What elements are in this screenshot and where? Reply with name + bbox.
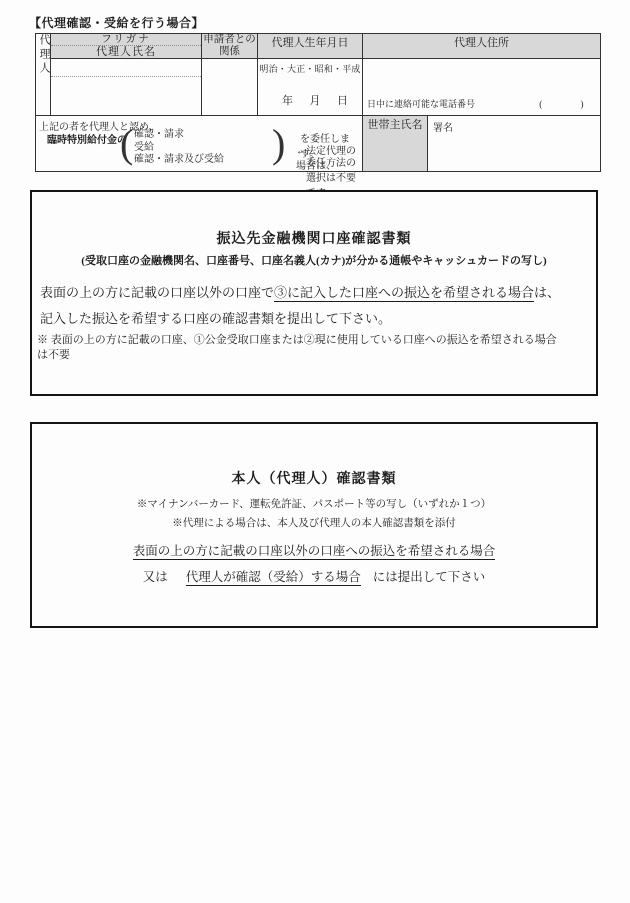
box2-condition2: 又は代理人が確認（受給）する場合には提出して下さい xyxy=(32,567,596,585)
box2-condition2-underline: 代理人が確認（受給）する場合 xyxy=(186,570,361,586)
delegation-option-1: 確認・請求 xyxy=(134,129,224,142)
box1-body-line1-post: は、 xyxy=(534,285,560,300)
box1-note-line2: は不要 xyxy=(37,348,591,363)
phone-row: 日中に連絡可能な電話番号 ( ) xyxy=(367,97,584,110)
month-label: 月 xyxy=(310,92,321,108)
delegation-options: 確認・請求 受給 確認・請求及び受給 xyxy=(134,129,224,167)
box1-body-line1: 表面の上の方に記載の口座以外の口座で③に記入した口座への振込を希望される場合は、 xyxy=(40,280,590,306)
era-options: 明治・大正・昭和・平成 xyxy=(258,62,362,75)
section-title: 【代理確認・受給を行う場合】 xyxy=(29,14,204,31)
box2-condition1: 表面の上の方に記載の口座以外の口座への振込を希望される場合 xyxy=(32,541,596,559)
identity-document-box: 本人（代理人）確認書類 ※マイナンバーカード、運転免許証、パスポート等の写し（い… xyxy=(30,422,598,628)
name-header-cell: フリガナ 代理人氏名 xyxy=(51,34,202,59)
address-header-cell: 代理人住所 xyxy=(363,34,601,59)
relation-header-line1: 申請者との xyxy=(202,34,257,46)
box1-body-line1-pre: 表面の上の方に記載の口座以外の口座で xyxy=(40,285,274,300)
box2-condition2-prefix: 又は xyxy=(143,570,168,584)
name-entry-area xyxy=(51,77,201,111)
delegation-option-3: 確認・請求及び受給 xyxy=(134,154,224,167)
year-month-day: 年 月 日 xyxy=(258,92,362,108)
agent-info-table: 代理人 フリガナ 代理人氏名 申請者との 関係 代理人生年月日 代理人住所 明治… xyxy=(35,33,601,172)
agent-row-label: 代理人 xyxy=(36,34,52,76)
box1-body: 表面の上の方に記載の口座以外の口座で③に記入した口座への振込を希望される場合は、… xyxy=(40,280,590,332)
furigana-entry-area xyxy=(51,59,201,77)
phone-paren-close: ) xyxy=(581,99,584,109)
signature-label: 署名 xyxy=(433,119,600,134)
box2-condition1-text: 表面の上の方に記載の口座以外の口座への振込を希望される場合 xyxy=(133,544,496,560)
name-entry-cell xyxy=(51,59,202,116)
phone-paren-open: ( xyxy=(539,99,542,109)
box1-body-line2: 記入した振込を希望する口座の確認書類を提出して下さい。 xyxy=(40,306,590,332)
birthdate-entry-cell: 明治・大正・昭和・平成 年 月 日 xyxy=(258,59,363,116)
box1-subtitle: (受取口座の金融機関名、口座番号、口座名義人(カナ)が分かる通帳やキャッシュカー… xyxy=(32,252,596,268)
birthdate-header-cell: 代理人生年月日 xyxy=(258,34,363,59)
householder-label-cell: 世帯主氏名 xyxy=(363,116,428,172)
box1-title: 振込先金融機関口座確認書類 xyxy=(32,228,596,248)
box1-note-line1: ※ 表面の上の方に記載の口座、①公金受取口座または②現に使用している口座への振込… xyxy=(37,333,591,348)
relation-header-line2: 関係 xyxy=(202,46,257,58)
delegation-subject: 臨時特別給付金の xyxy=(47,131,127,146)
phone-label: 日中に連絡可能な電話番号 xyxy=(367,99,475,109)
day-label: 日 xyxy=(337,92,348,108)
box1-note: ※ 表面の上の方に記載の口座、①公金受取口座または②現に使用している口座への振込… xyxy=(37,333,591,363)
address-entry-cell: 日中に連絡可能な電話番号 ( ) xyxy=(363,59,601,116)
box2-condition2-suffix: には提出して下さい xyxy=(373,570,486,584)
agent-name-header: 代理人氏名 xyxy=(51,46,201,58)
furigana-header: フリガナ xyxy=(51,34,201,46)
signature-cell: 署名 xyxy=(428,116,601,172)
bracket-open: ( xyxy=(120,125,133,163)
document-page: 【代理確認・受給を行う場合】 代理人 フリガナ 代理人氏名 申請者との 関係 代… xyxy=(0,0,630,903)
agent-row-label-cell: 代理人 xyxy=(36,34,51,116)
box2-note2: ※代理による場合は、本人及び代理人の本人確認書類を添付 xyxy=(32,515,596,530)
box1-body-line1-underline: ③に記入した口座への振込を希望される場合 xyxy=(274,285,534,302)
box2-title: 本人（代理人）確認書類 xyxy=(32,468,596,488)
box2-note1: ※マイナンバーカード、運転免許証、パスポート等の写し（いずれか１つ） xyxy=(32,496,596,511)
relation-entry-cell xyxy=(202,59,258,116)
delegation-cell: 上記の者を代理人と認め、 臨時特別給付金の ( 確認・請求 受給 確認・請求及び… xyxy=(36,116,363,172)
relation-header-cell: 申請者との 関係 xyxy=(202,34,258,59)
bank-account-document-box: 振込先金融機関口座確認書類 (受取口座の金融機関名、口座番号、口座名義人(カナ)… xyxy=(30,190,598,396)
bracket-close: ) xyxy=(272,125,285,163)
year-label: 年 xyxy=(282,92,293,108)
delegation-option-2: 受給 xyxy=(134,142,224,155)
